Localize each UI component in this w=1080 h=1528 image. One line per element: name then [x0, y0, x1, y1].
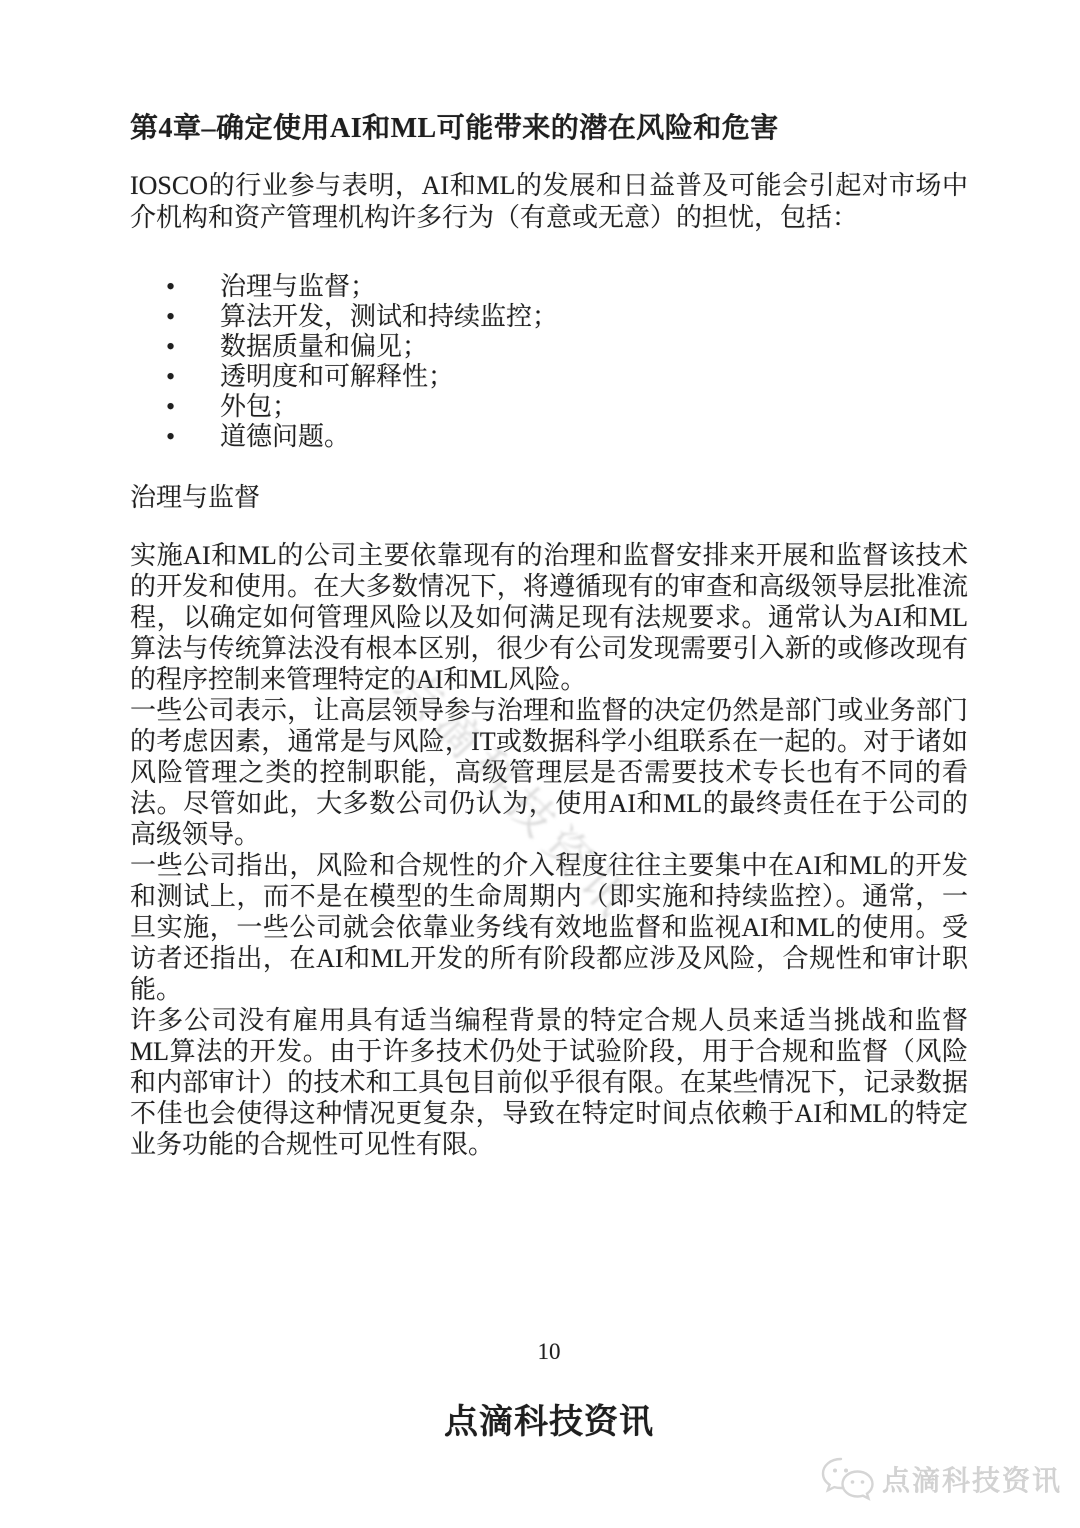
- paragraph-governance: 实施AI和ML的公司主要依靠现有的治理和监督安排来开展和监督该技术的开发和使用。…: [130, 540, 968, 695]
- footer-brand: 点滴科技资讯: [130, 1403, 968, 1443]
- list-item: 外包；: [130, 392, 968, 422]
- corner-watermark: 点滴科技资讯: [820, 1456, 1062, 1502]
- section-subheading: 治理与监督: [130, 482, 968, 513]
- corner-watermark-label: 点滴科技资讯: [882, 1459, 1062, 1499]
- list-item: 透明度和可解释性；: [130, 362, 968, 392]
- page-content: 第4章–确定使用AI和ML可能带来的潜在风险和危害 IOSCO的行业参与表明，A…: [130, 0, 968, 1443]
- risk-bullet-list: 治理与监督； 算法开发，测试和持续监控； 数据质量和偏见； 透明度和可解释性； …: [130, 272, 968, 452]
- paragraph-compliance-staff: 许多公司没有雇用具有适当编程背景的特定合规人员来适当挑战和监督ML算法的开发。由…: [130, 1005, 968, 1160]
- paragraph-group: 一些公司表示，让高层领导参与治理和监督的决定仍然是部门或业务部门的考虑因素，通常…: [130, 695, 968, 1160]
- list-item: 算法开发，测试和持续监控；: [130, 302, 968, 332]
- intro-paragraph: IOSCO的行业参与表明，AI和ML的发展和日益普及可能会引起对市场中介机构和资…: [130, 170, 968, 234]
- paragraph-leadership: 一些公司表示，让高层领导参与治理和监督的决定仍然是部门或业务部门的考虑因素，通常…: [130, 695, 968, 850]
- page-title: 第4章–确定使用AI和ML可能带来的潜在风险和危害: [130, 112, 968, 146]
- wechat-logo-icon: [820, 1456, 876, 1502]
- list-item: 治理与监督；: [130, 272, 968, 302]
- document-page: 第4章–确定使用AI和ML可能带来的潜在风险和危害 IOSCO的行业参与表明，A…: [0, 0, 1080, 1528]
- list-item: 数据质量和偏见；: [130, 332, 968, 362]
- list-item: 道德问题。: [130, 422, 968, 452]
- paragraph-risk-compliance: 一些公司指出，风险和合规性的介入程度往往主要集中在AI和ML的开发和测试上，而不…: [130, 850, 968, 1005]
- page-number: 10: [130, 1340, 968, 1364]
